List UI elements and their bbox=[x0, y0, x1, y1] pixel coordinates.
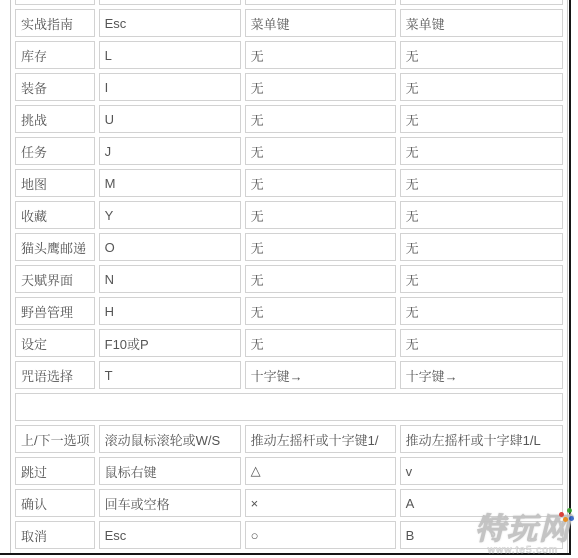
table-cell: 无 bbox=[400, 169, 563, 197]
table-cell: 无 bbox=[400, 201, 563, 229]
keybindings-table: 实战指南Esc菜单键菜单键库存L无无装备I无无挑战U无无任务J无无地图M无无收藏… bbox=[10, 0, 568, 554]
table-cell: 跳过 bbox=[15, 457, 95, 485]
table-cell bbox=[400, 0, 563, 5]
table-cell: 天赋界面 bbox=[15, 265, 95, 293]
table-cell: 无 bbox=[400, 297, 563, 325]
table-cell: 无 bbox=[400, 329, 563, 357]
table-cell: 无 bbox=[245, 265, 396, 293]
table-cell: Esc bbox=[99, 9, 241, 37]
table-cell: O bbox=[99, 233, 241, 261]
table-cell: 无 bbox=[400, 105, 563, 133]
table-cell: 无 bbox=[400, 265, 563, 293]
table-cell: 推动左摇杆或十字肆1/L bbox=[400, 425, 563, 453]
table-row: 野兽管理H无无 bbox=[15, 297, 563, 325]
table-cell: 取消 bbox=[15, 521, 95, 549]
table-cell bbox=[245, 0, 396, 5]
table-cell: 无 bbox=[245, 41, 396, 69]
table-cell: 任务 bbox=[15, 137, 95, 165]
table-cell: 无 bbox=[400, 233, 563, 261]
table-cell bbox=[99, 0, 241, 5]
table-cell: 无 bbox=[245, 329, 396, 357]
table-cell: 无 bbox=[400, 137, 563, 165]
table-cell: 无 bbox=[245, 201, 396, 229]
page-edge-horizontal-line bbox=[0, 553, 571, 555]
table-cell: H bbox=[99, 297, 241, 325]
table-row: 实战指南Esc菜单键菜单键 bbox=[15, 9, 563, 37]
table-cell: A bbox=[400, 489, 563, 517]
table-cell: 野兽管理 bbox=[15, 297, 95, 325]
table-cell: 回车或空格 bbox=[99, 489, 241, 517]
table-row: 确认回车或空格×A bbox=[15, 489, 563, 517]
table-cell: 无 bbox=[245, 169, 396, 197]
table-cell bbox=[15, 0, 95, 5]
table-cell: △ bbox=[245, 457, 396, 485]
table-cell: 无 bbox=[400, 73, 563, 101]
table-cell: Esc bbox=[99, 521, 241, 549]
table-cell: ○ bbox=[245, 521, 396, 549]
table-cell: 菜单键 bbox=[400, 9, 563, 37]
table-cell: 库存 bbox=[15, 41, 95, 69]
table-row: 地图M无无 bbox=[15, 169, 563, 197]
table-cell: 挑战 bbox=[15, 105, 95, 133]
table-row bbox=[15, 393, 563, 421]
table-cell: 十字键→ bbox=[400, 361, 563, 389]
table-cell: 咒语选择 bbox=[15, 361, 95, 389]
table-cell: 猫头鹰邮递 bbox=[15, 233, 95, 261]
table-row bbox=[15, 0, 563, 5]
table-cell: × bbox=[245, 489, 396, 517]
table-cell: T bbox=[99, 361, 241, 389]
table-cell: N bbox=[99, 265, 241, 293]
table-cell: 无 bbox=[245, 233, 396, 261]
table-cell: 十字键→ bbox=[245, 361, 396, 389]
table-cell: Y bbox=[99, 201, 241, 229]
screenshot-root: 实战指南Esc菜单键菜单键库存L无无装备I无无挑战U无无任务J无无地图M无无收藏… bbox=[0, 0, 578, 558]
table-row: 咒语选择T十字键→十字键→ bbox=[15, 361, 563, 389]
table-cell: 无 bbox=[245, 105, 396, 133]
table-cell: 无 bbox=[245, 73, 396, 101]
table-cell: 无 bbox=[400, 41, 563, 69]
table-cell: 地图 bbox=[15, 169, 95, 197]
table-cell: 滚动鼠标滚轮或W/S bbox=[99, 425, 241, 453]
table-cell: 收藏 bbox=[15, 201, 95, 229]
table-row: 取消Esc○B bbox=[15, 521, 563, 549]
table-cell: 确认 bbox=[15, 489, 95, 517]
table-row: 跳过鼠标右键△v bbox=[15, 457, 563, 485]
table-row: 库存L无无 bbox=[15, 41, 563, 69]
table-cell bbox=[15, 393, 563, 421]
table-cell: 无 bbox=[245, 137, 396, 165]
table-cell: v bbox=[400, 457, 563, 485]
table-row: 上/下一选项滚动鼠标滚轮或W/S推动左摇杆或十字键1/推动左摇杆或十字肆1/L bbox=[15, 425, 563, 453]
table-cell: 推动左摇杆或十字键1/ bbox=[245, 425, 396, 453]
table-cell: M bbox=[99, 169, 241, 197]
table-cell: I bbox=[99, 73, 241, 101]
table-cell: 上/下一选项 bbox=[15, 425, 95, 453]
keybindings-table-body: 实战指南Esc菜单键菜单键库存L无无装备I无无挑战U无无任务J无无地图M无无收藏… bbox=[15, 0, 563, 549]
table-cell: F10或P bbox=[99, 329, 241, 357]
table-row: 天赋界面N无无 bbox=[15, 265, 563, 293]
table-cell: 无 bbox=[245, 297, 396, 325]
table-cell: 装备 bbox=[15, 73, 95, 101]
table-row: 任务J无无 bbox=[15, 137, 563, 165]
table-cell: U bbox=[99, 105, 241, 133]
table-cell: 鼠标右键 bbox=[99, 457, 241, 485]
table-cell: 设定 bbox=[15, 329, 95, 357]
table-cell: 菜单键 bbox=[245, 9, 396, 37]
table-cell: J bbox=[99, 137, 241, 165]
table-row: 挑战U无无 bbox=[15, 105, 563, 133]
table-row: 装备I无无 bbox=[15, 73, 563, 101]
table-row: 猫头鹰邮递O无无 bbox=[15, 233, 563, 261]
page-edge-vertical-line bbox=[569, 0, 571, 555]
table-row: 收藏Y无无 bbox=[15, 201, 563, 229]
table-cell: L bbox=[99, 41, 241, 69]
table-cell: B bbox=[400, 521, 563, 549]
table-row: 设定F10或P无无 bbox=[15, 329, 563, 357]
table-cell: 实战指南 bbox=[15, 9, 95, 37]
